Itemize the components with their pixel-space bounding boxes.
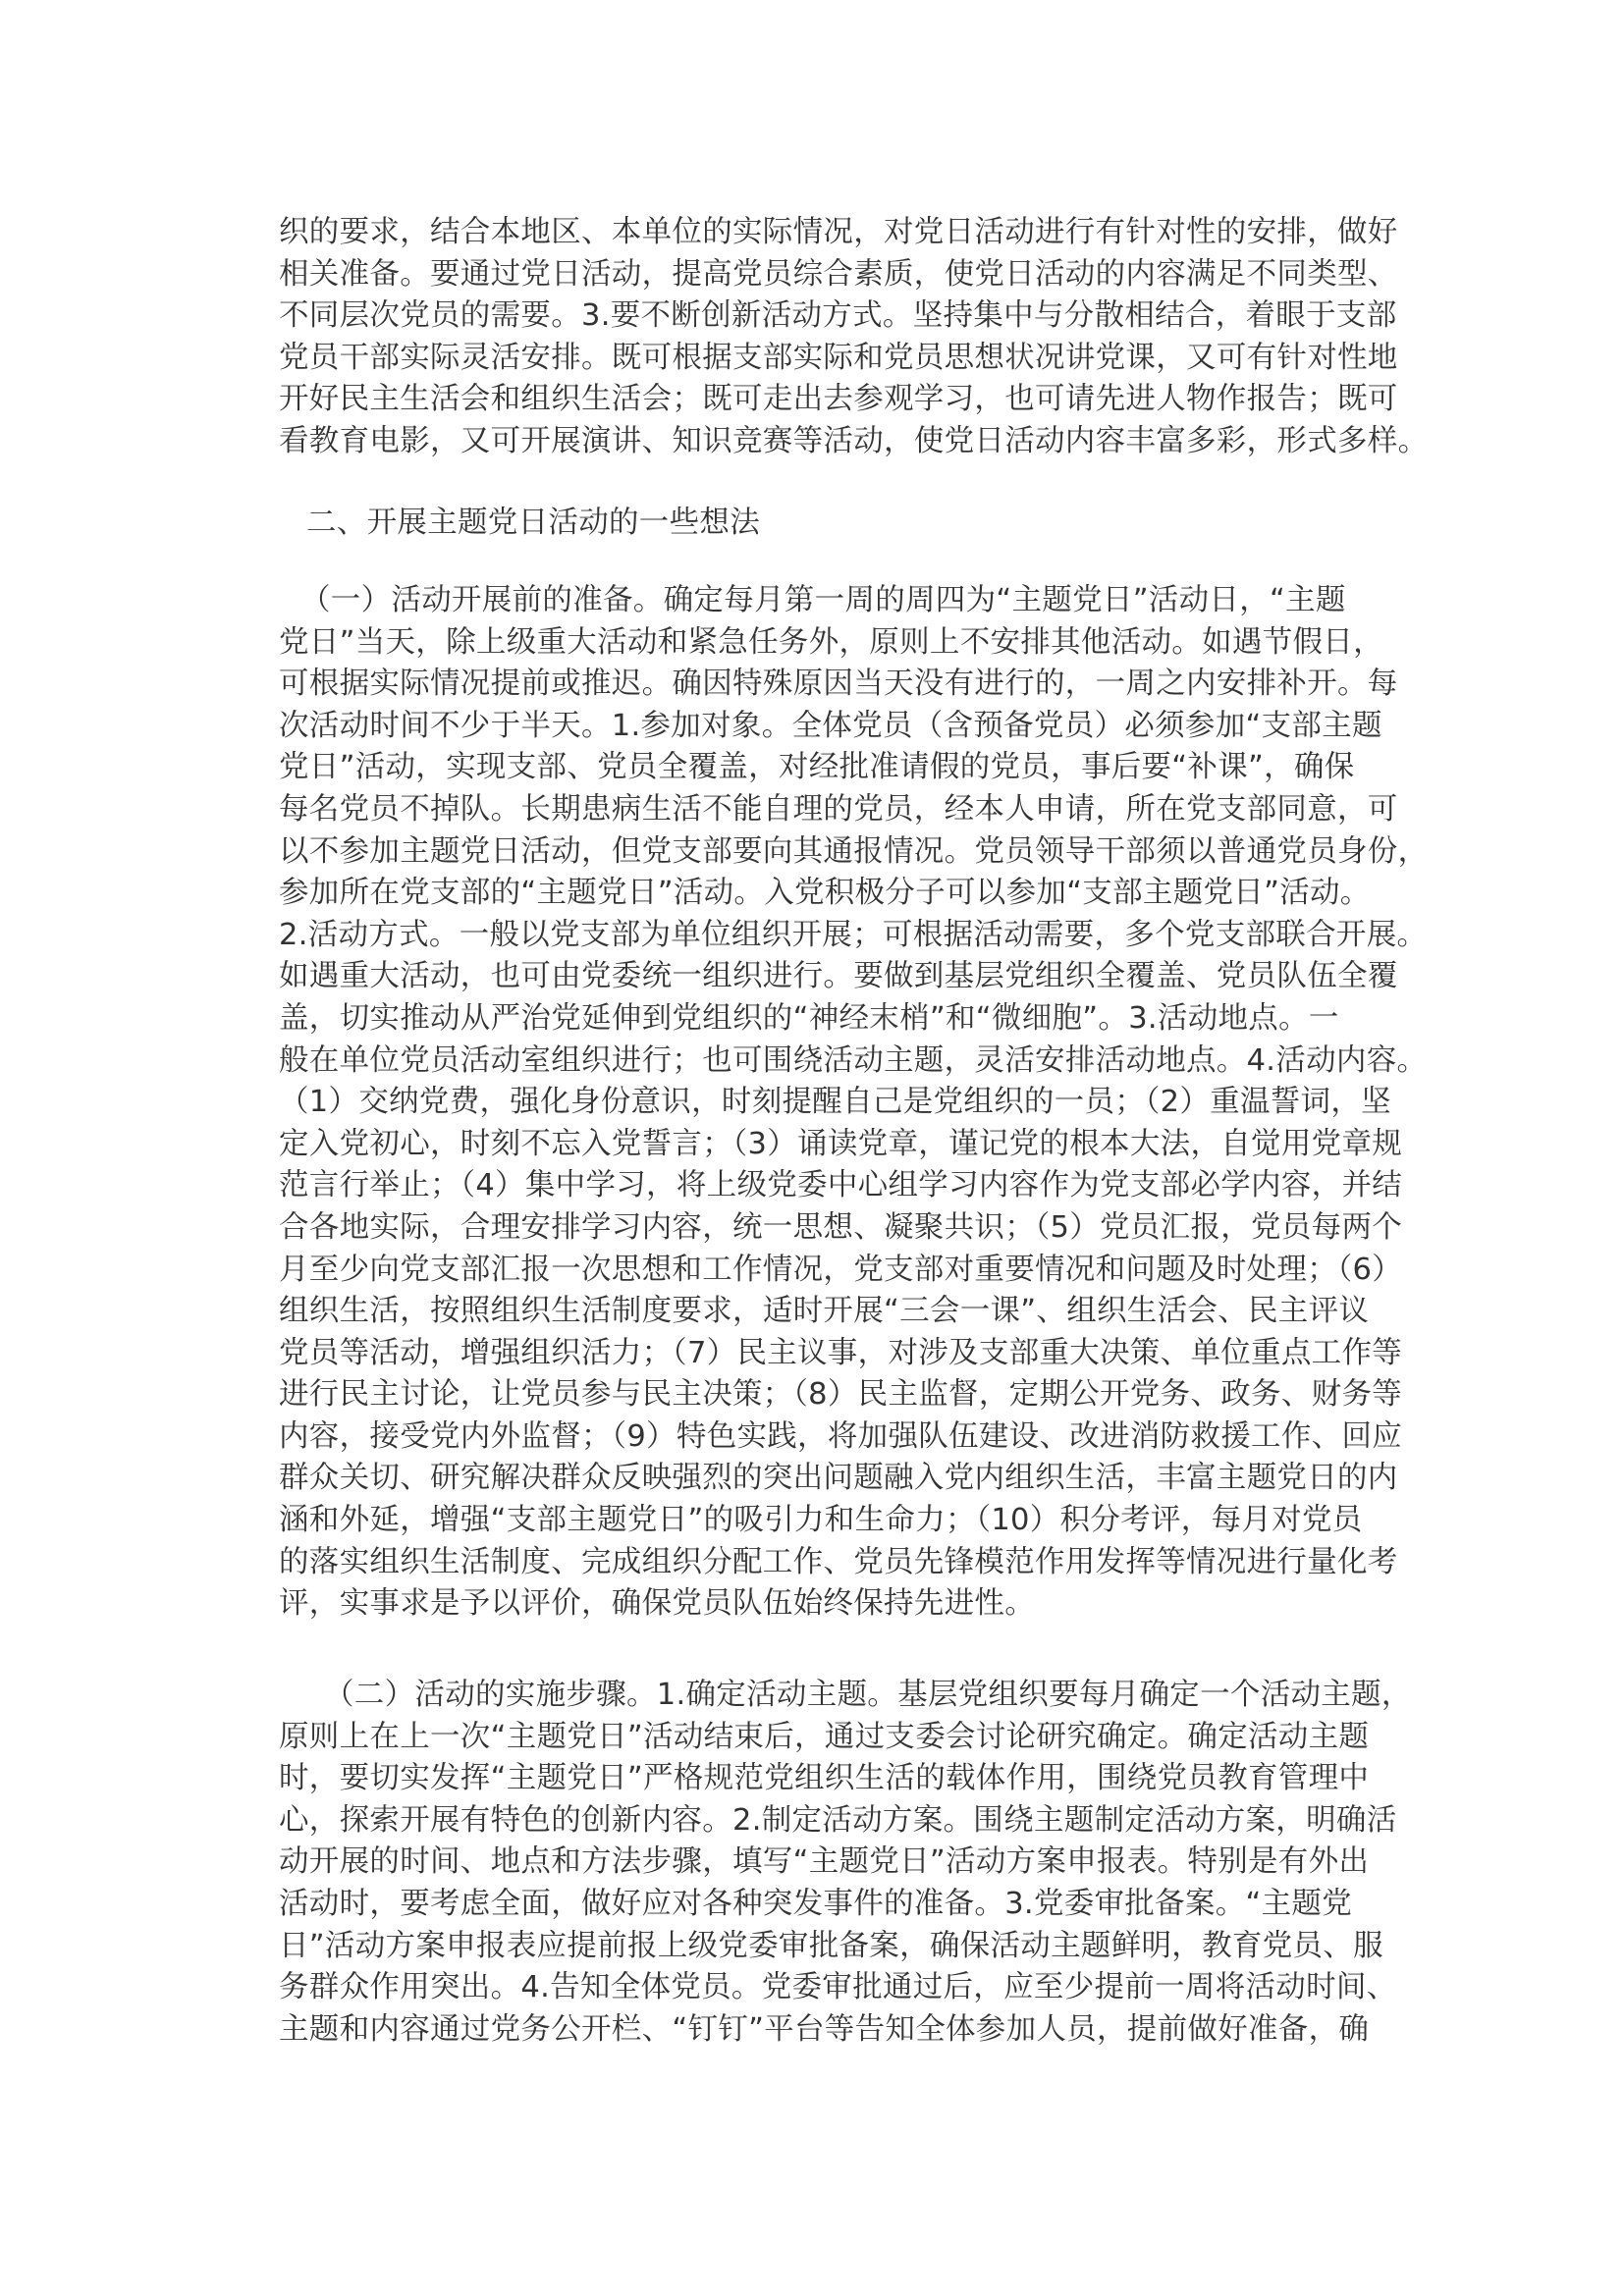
text-line: 相关准备。要通过党日活动，提高党员综合素质，使党日活动的内容满足不同类型、 (279, 254, 1349, 296)
text-line: （一）活动开展前的准备。确定每月第一周的周四为“主题党日”活动日，“主题 (279, 580, 1349, 622)
text-line: 如遇重大活动，也可由党委统一组织进行。要做到基层党组织全覆盖、党员队伍全覆 (279, 956, 1349, 998)
text-line: 群众关切、研究解决群众反映强烈的突出问题融入党内组织生活，丰富主题党日的内 (279, 1458, 1349, 1500)
text-line: 评，实事求是予以评价，确保党员队伍始终保持先进性。 (279, 1583, 1349, 1626)
text-line: 动开展的时间、地点和方法步骤，填写“主题党日”活动方案申报表。特别是有外出 (279, 1842, 1349, 1884)
text-line: 党日”当天，除上级重大活动和紧急任务外，原则上不安排其他活动。如遇节假日， (279, 622, 1349, 665)
text-line: 活动时，要考虑全面，做好应对各种突发事件的准备。3.党委审批备案。“主题党 (279, 1884, 1349, 1926)
text-line: 开好民主生活会和组织生活会；既可走出去参观学习，也可请先进人物作报告；既可 (279, 379, 1349, 421)
text-line: 每名党员不掉队。长期患病生活不能自理的党员，经本人申请，所在党支部同意，可 (279, 789, 1349, 831)
text-line: 次活动时间不少于半天。1.参加对象。全体党员（含预备党员）必须参加“支部主题 (279, 706, 1349, 748)
text-line: 参加所在党支部的“主题党日”活动。入党积极分子可以参加“支部主题党日”活动。 (279, 873, 1349, 915)
text-line: 月至少向党支部汇报一次思想和工作情况，党支部对重要情况和问题及时处理；（6） (279, 1250, 1349, 1292)
text-line: 务群众作用突出。4.告知全体党员。党委审批通过后，应至少提前一周将活动时间、 (279, 1967, 1349, 2009)
document-page: 织的要求，结合本地区、本单位的实际情况，对党日活动进行有针对性的安排，做好 相关… (0, 0, 1624, 2296)
text-line: 2.活动方式。一般以党支部为单位组织开展；可根据活动需要，多个党支部联合开展。 (279, 915, 1349, 957)
text-line: 组织生活，按照组织生活制度要求，适时开展“三会一课”、组织生活会、民主评议 (279, 1291, 1349, 1333)
text-line: 内容，接受党内外监督；（9）特色实践，将加强队伍建设、改进消防救援工作、回应 (279, 1416, 1349, 1459)
text-line: 党员等活动，增强组织活力；（7）民主议事，对涉及支部重大决策、单位重点工作等 (279, 1333, 1349, 1375)
text-line: 可根据实际情况提前或推迟。确因特殊原因当天没有进行的，一周之内安排补开。每 (279, 664, 1349, 706)
text-line: 党日”活动，实现支部、党员全覆盖，对经批准请假的党员，事后要“补课”，确保 (279, 747, 1349, 789)
text-line: 主题和内容通过党务公开栏、“钉钉”平台等告知全体参加人员，提前做好准备，确 (279, 2009, 1349, 2052)
section-heading: 二、开展主题党日活动的一些想法 (279, 503, 1349, 545)
text-line: 织的要求，结合本地区、本单位的实际情况，对党日活动进行有针对性的安排，做好 (279, 212, 1349, 254)
section-heading-block: 二、开展主题党日活动的一些想法 (279, 503, 1349, 545)
paragraph-continuation: 织的要求，结合本地区、本单位的实际情况，对党日活动进行有针对性的安排，做好 相关… (279, 212, 1349, 463)
text-line: 心，探索开展有特色的创新内容。2.制定活动方案。围绕主题制定活动方案，明确活 (279, 1800, 1349, 1842)
text-line: 不同层次党员的需要。3.要不断创新活动方式。坚持集中与分散相结合，着眼于支部 (279, 295, 1349, 338)
text-line: 看教育电影，又可开展演讲、知识竞赛等活动，使党日活动内容丰富多彩，形式多样。 (279, 421, 1349, 463)
text-line: 进行民主讨论，让党员参与民主决策；（8）民主监督，定期公开党务、政务、财务等 (279, 1374, 1349, 1416)
text-line: 的落实组织生活制度、完成组织分配工作、党员先锋模范作用发挥等情况进行量化考 (279, 1542, 1349, 1584)
text-line: 时，要切实发挥“主题党日”严格规范党组织生活的载体作用，围绕党员教育管理中 (279, 1758, 1349, 1800)
text-line: 以不参加主题党日活动，但党支部要向其通报情况。党员领导干部须以普通党员身份， (279, 831, 1349, 874)
text-line: 日”活动方案申报表应提前报上级党委审批备案，确保活动主题鲜明，教育党员、服 (279, 1926, 1349, 1968)
text-line: 党员干部实际灵活安排。既可根据支部实际和党员思想状况讲党课，又可有针对性地 (279, 338, 1349, 380)
text-line: （1）交纳党费，强化身份意识，时刻提醒自己是党组织的一员；（2）重温誓词，坚 (279, 1082, 1349, 1124)
text-line: 范言行举止；（4）集中学习，将上级党委中心组学习内容作为党支部必学内容，并结 (279, 1165, 1349, 1207)
text-line: 定入党初心，时刻不忘入党誓言；（3）诵读党章，谨记党的根本大法，自觉用党章规 (279, 1124, 1349, 1166)
paragraph-preparation: （一）活动开展前的准备。确定每月第一周的周四为“主题党日”活动日，“主题 党日”… (279, 580, 1349, 1626)
text-line: 盖，切实推动从严治党延伸到党组织的“神经末梢”和“微细胞”。3.活动地点。一 (279, 998, 1349, 1041)
paragraph-steps: （二）活动的实施步骤。1.确定活动主题。基层党组织要每月确定一个活动主题， 原则… (279, 1675, 1349, 2051)
text-line: 般在单位党员活动室组织进行；也可围绕活动主题，灵活安排活动地点。4.活动内容。 (279, 1041, 1349, 1083)
text-line: 涵和外延，增强“支部主题党日”的吸引力和生命力；（10）积分考评，每月对党员 (279, 1500, 1349, 1542)
text-line: （二）活动的实施步骤。1.确定活动主题。基层党组织要每月确定一个活动主题， (279, 1675, 1349, 1717)
text-line: 原则上在上一次“主题党日”活动结束后，通过支委会讨论研究确定。确定活动主题 (279, 1717, 1349, 1759)
text-line: 合各地实际，合理安排学习内容，统一思想、凝聚共识；（5）党员汇报，党员每两个 (279, 1207, 1349, 1250)
